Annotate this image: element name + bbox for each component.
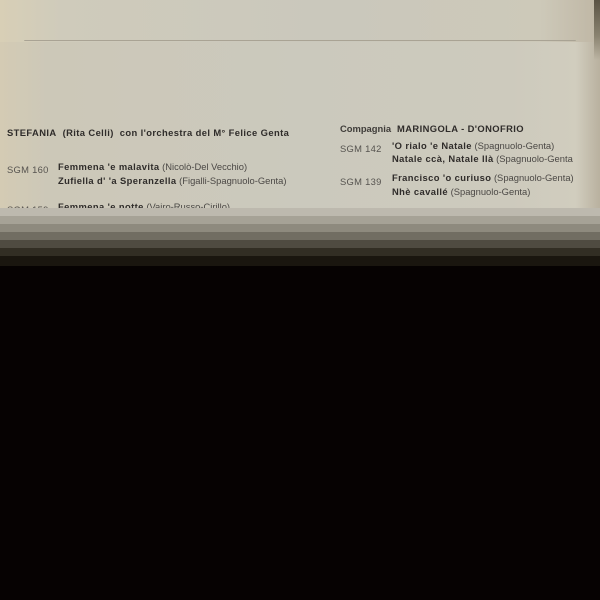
track-title-line: Zufiella d' 'a Speranzella (Figalli-Spag… xyxy=(58,175,287,186)
company-prefix: Compagnia xyxy=(340,123,391,134)
fade-band xyxy=(0,224,600,232)
sleeve-edge-shadow xyxy=(594,0,600,60)
fade-band xyxy=(0,216,600,224)
fade-band xyxy=(0,208,600,216)
track-title-line: Femmena 'e malavita (Nicolò-Del Vecchio) xyxy=(58,161,247,172)
track-title-line: Francisco 'o curiuso (Spagnuolo-Genta) xyxy=(392,172,574,183)
track-title-line: Nhè cavallé (Spagnuolo-Genta) xyxy=(392,186,530,197)
track-title: Zufiella d' 'a Speranzella xyxy=(58,175,177,186)
right-artist-header: CompagniaMARINGOLA - D'ONOFRIO xyxy=(340,123,524,134)
flap-fold-line xyxy=(24,40,576,41)
artist-alias: (Rita Celli) xyxy=(63,127,114,138)
track-credits: (Spagnuolo-Genta) xyxy=(451,186,531,197)
fade-band xyxy=(0,248,600,256)
track-credits: (Spagnuolo-Genta xyxy=(496,153,573,164)
artist-name: MARINGOLA - D'ONOFRIO xyxy=(397,123,524,134)
sleeve-flap xyxy=(0,0,600,42)
track-title: Femmena 'e malavita xyxy=(58,161,160,172)
fade-band xyxy=(0,232,600,240)
track-title: Nhè cavallé xyxy=(392,186,448,197)
track-credits: (Nicolò-Del Vecchio) xyxy=(162,161,247,172)
track-title: Francisco 'o curiuso xyxy=(392,172,491,183)
track-credits: (Figalli-Spagnuolo-Genta) xyxy=(179,175,286,186)
track-title-line: 'O rialo 'e Natale (Spagnuolo-Genta) xyxy=(392,140,554,151)
fade-band xyxy=(0,240,600,248)
artist-name: STEFANIA xyxy=(7,127,57,138)
left-artist-header: STEFANIA(Rita Celli)con l'orchestra del … xyxy=(7,127,289,138)
track-title: 'O rialo 'e Natale xyxy=(392,140,472,151)
track-credits: (Spagnuolo-Genta) xyxy=(475,140,555,151)
record-code: SGM 142 xyxy=(340,143,382,154)
record-code: SGM 160 xyxy=(7,164,49,175)
track-title: Natale ccà, Natale llà xyxy=(392,153,494,164)
image-loading-fade xyxy=(0,208,600,268)
record-code: SGM 139 xyxy=(340,176,382,187)
track-credits: (Spagnuolo-Genta) xyxy=(494,172,574,183)
fade-band xyxy=(0,256,600,266)
orchestra-credit: con l'orchestra del M° Felice Genta xyxy=(120,127,290,138)
record-sleeve-scan: STEFANIA(Rita Celli)con l'orchestra del … xyxy=(0,0,600,212)
track-title-line: Natale ccà, Natale llà (Spagnuolo-Genta xyxy=(392,153,573,164)
